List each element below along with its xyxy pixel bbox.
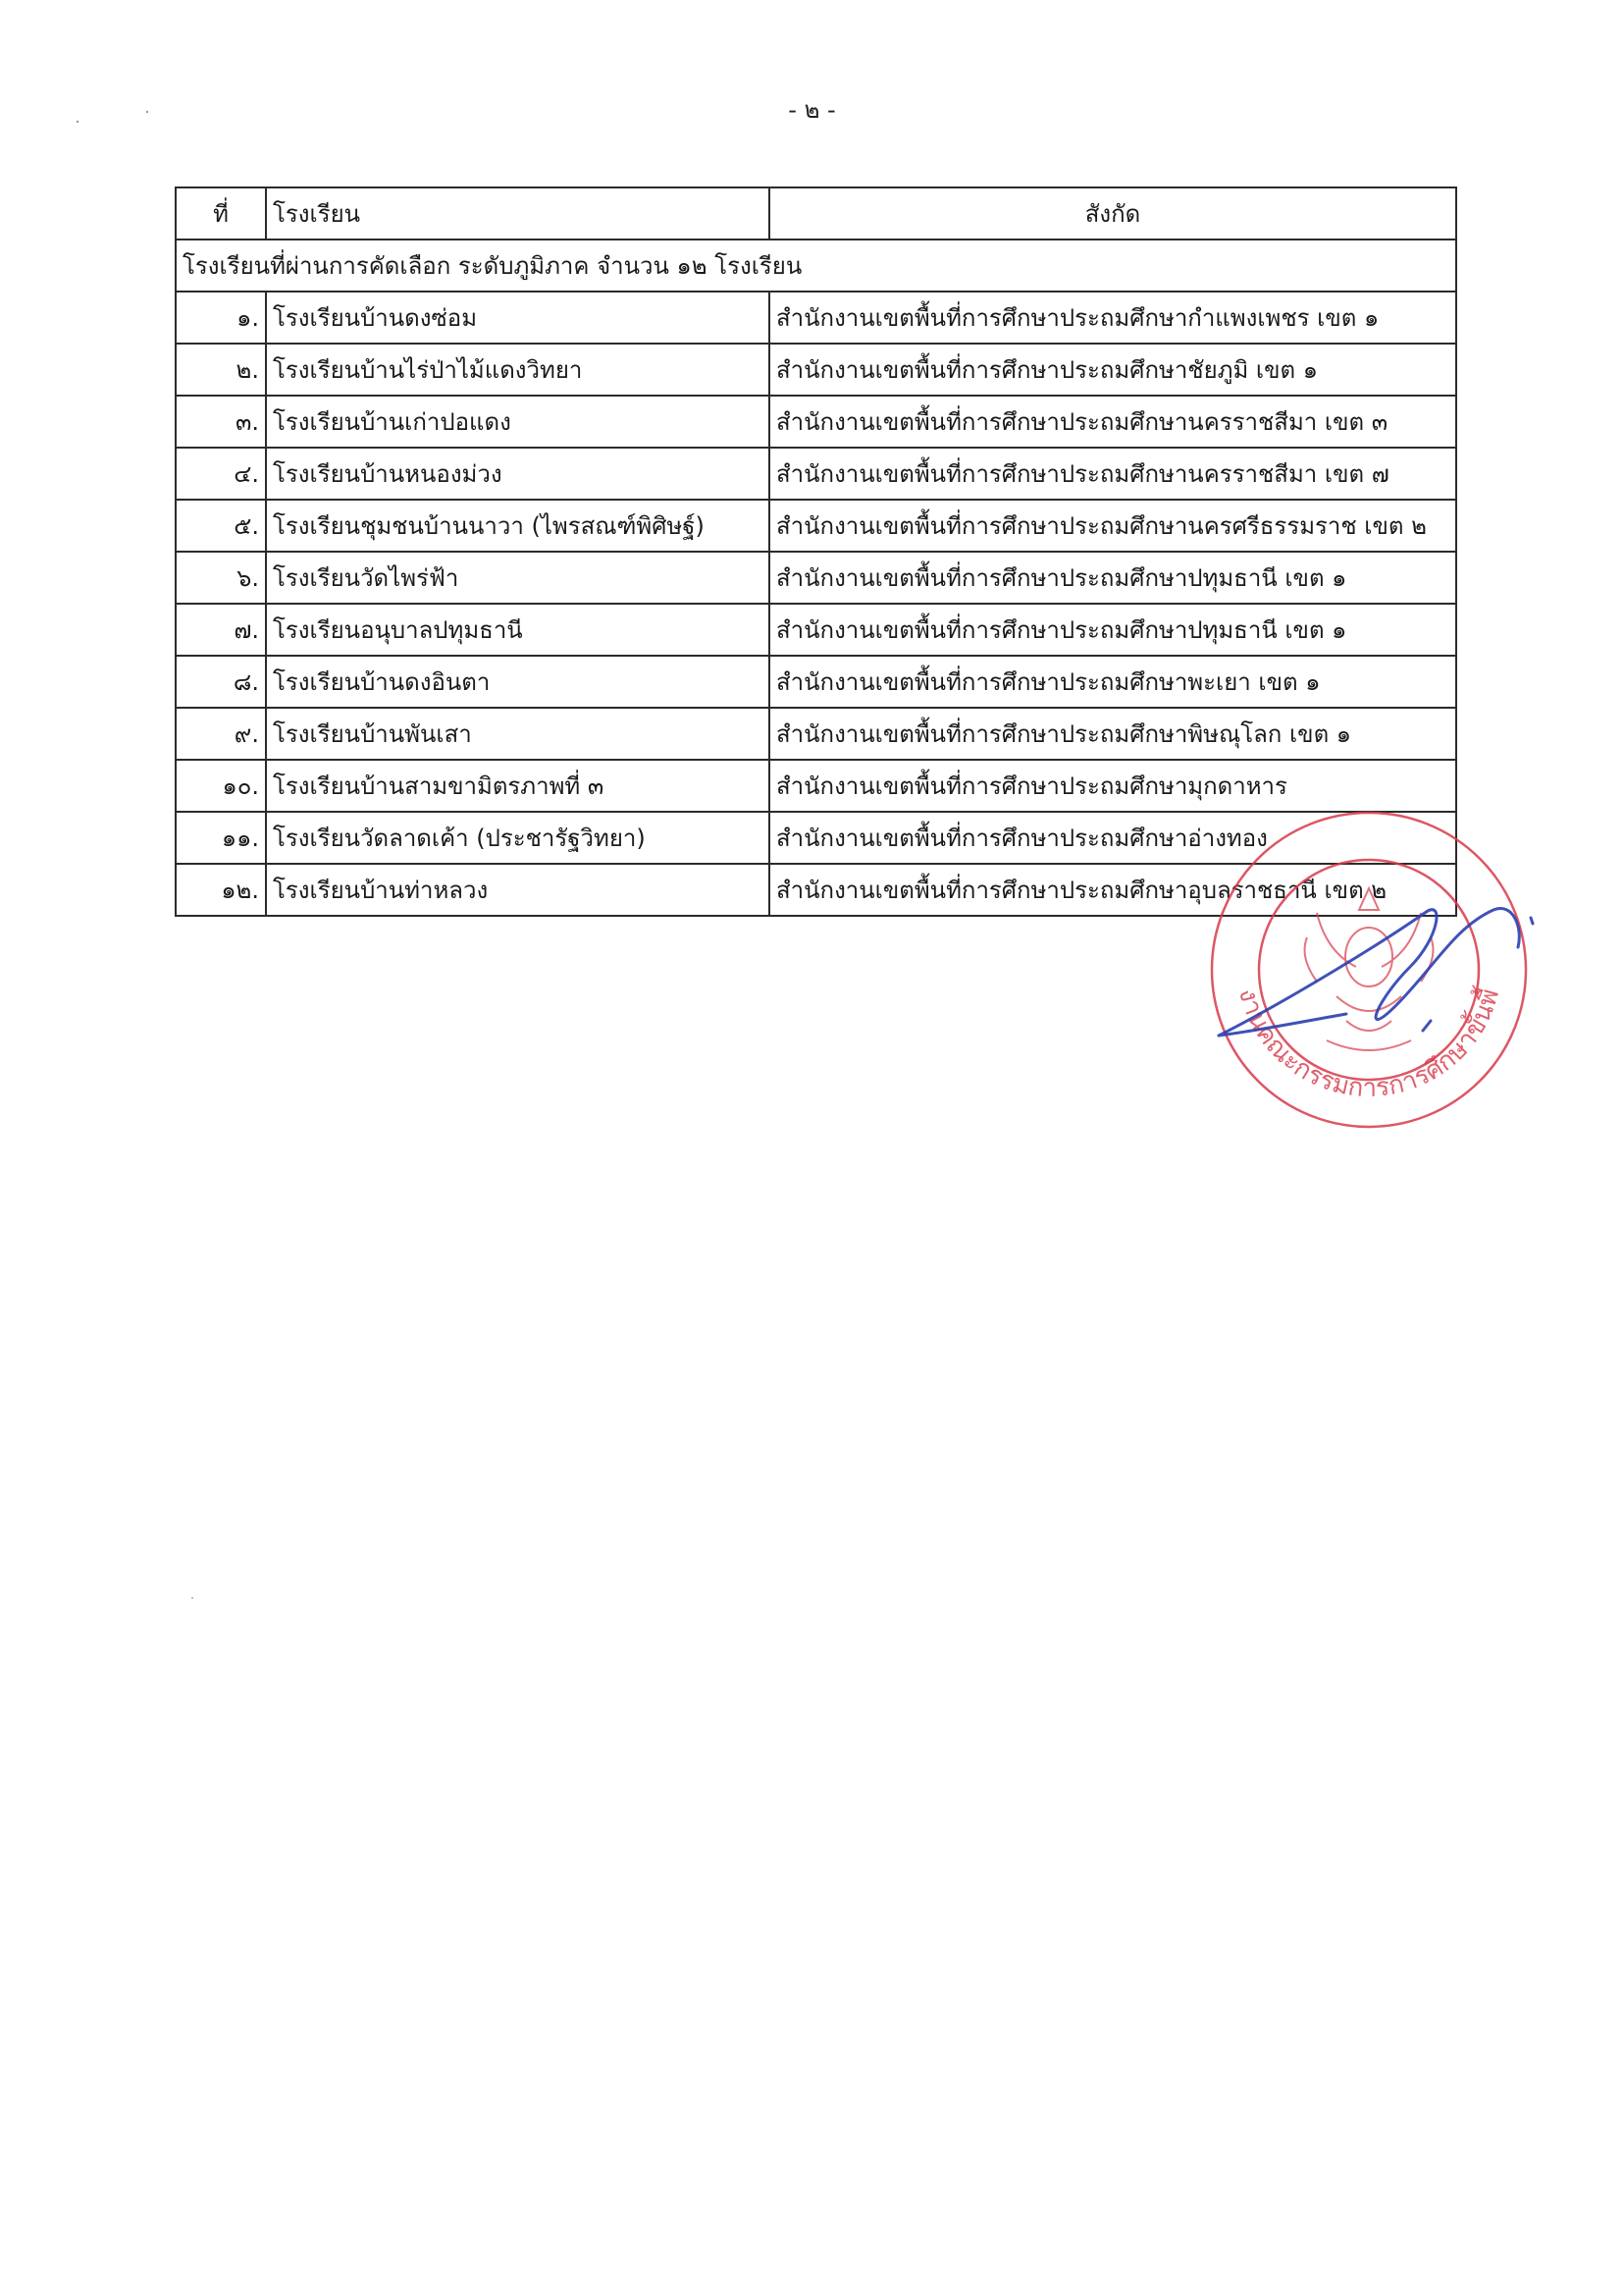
affiliation-office: สำนักงานเขตพื้นที่การศึกษาประถมศึกษาพะเย… — [769, 656, 1456, 708]
row-number: ๔. — [176, 448, 266, 500]
affiliation-office: สำนักงานเขตพื้นที่การศึกษาประถมศึกษาปทุม… — [769, 552, 1456, 604]
affiliation-office: สำนักงานเขตพื้นที่การศึกษาประถมศึกษาอ่าง… — [769, 812, 1456, 864]
header-office: สังกัด — [769, 187, 1456, 239]
school-name: โรงเรียนบ้านดงอินตา — [266, 656, 769, 708]
affiliation-office: สำนักงานเขตพื้นที่การศึกษาประถมศึกษาชัยภ… — [769, 344, 1456, 396]
affiliation-office: สำนักงานเขตพื้นที่การศึกษาประถมศึกษานครร… — [769, 448, 1456, 500]
affiliation-office: สำนักงานเขตพื้นที่การศึกษาประถมศึกษานครร… — [769, 396, 1456, 448]
row-number: ๙. — [176, 708, 266, 760]
row-number: ๒. — [176, 344, 266, 396]
affiliation-office: สำนักงานเขตพื้นที่การศึกษาประถมศึกษาปทุม… — [769, 604, 1456, 656]
school-name: โรงเรียนวัดลาดเค้า (ประชารัฐวิทยา) — [266, 812, 769, 864]
row-number: ๘. — [176, 656, 266, 708]
row-number: ๕. — [176, 500, 266, 552]
signature-icon — [1219, 909, 1533, 1036]
table-row: ๑๐.โรงเรียนบ้านสามขามิตรภาพที่ ๓สำนักงาน… — [176, 760, 1456, 812]
section-row: โรงเรียนที่ผ่านการคัดเลือก ระดับภูมิภาค … — [176, 239, 1456, 292]
row-number: ๑๒. — [176, 864, 266, 916]
school-name: โรงเรียนบ้านท่าหลวง — [266, 864, 769, 916]
header-no: ที่ — [176, 187, 266, 239]
table-row: ๑๑.โรงเรียนวัดลาดเค้า (ประชารัฐวิทยา)สำน… — [176, 812, 1456, 864]
table-header-row: ที่ โรงเรียน สังกัด — [176, 187, 1456, 239]
school-name: โรงเรียนวัดไพร่ฟ้า — [266, 552, 769, 604]
row-number: ๑๐. — [176, 760, 266, 812]
page-number: - ๒ - — [0, 90, 1624, 129]
affiliation-office: สำนักงานเขตพื้นที่การศึกษาประถมศึกษากำแพ… — [769, 292, 1456, 344]
table-row: ๖.โรงเรียนวัดไพร่ฟ้าสำนักงานเขตพื้นที่กา… — [176, 552, 1456, 604]
affiliation-office: สำนักงานเขตพื้นที่การศึกษาประถมศึกษาพิษณ… — [769, 708, 1456, 760]
table-row: ๗.โรงเรียนอนุบาลปทุมธานีสำนักงานเขตพื้นท… — [176, 604, 1456, 656]
school-name: โรงเรียนบ้านสามขามิตรภาพที่ ๓ — [266, 760, 769, 812]
row-number: ๑๑. — [176, 812, 266, 864]
table-row: ๘.โรงเรียนบ้านดงอินตาสำนักงานเขตพื้นที่ก… — [176, 656, 1456, 708]
section-title: โรงเรียนที่ผ่านการคัดเลือก ระดับภูมิภาค … — [176, 239, 1456, 292]
header-school: โรงเรียน — [266, 187, 769, 239]
table-row: ๔.โรงเรียนบ้านหนองม่วงสำนักงานเขตพื้นที่… — [176, 448, 1456, 500]
table-row: ๕.โรงเรียนชุมชนบ้านนาวา (ไพรสณฑ์พิศิษฐ์)… — [176, 500, 1456, 552]
school-name: โรงเรียนบ้านหนองม่วง — [266, 448, 769, 500]
table-row: ๙.โรงเรียนบ้านพันเสาสำนักงานเขตพื้นที่กา… — [176, 708, 1456, 760]
school-name: โรงเรียนบ้านไร่ป่าไม้แดงวิทยา — [266, 344, 769, 396]
school-name: โรงเรียนบ้านพันเสา — [266, 708, 769, 760]
school-name: โรงเรียนชุมชนบ้านนาวา (ไพรสณฑ์พิศิษฐ์) — [266, 500, 769, 552]
row-number: ๖. — [176, 552, 266, 604]
school-list-table: ที่ โรงเรียน สังกัด โรงเรียนที่ผ่านการคั… — [175, 186, 1457, 917]
affiliation-office: สำนักงานเขตพื้นที่การศึกษาประถมศึกษามุกด… — [769, 760, 1456, 812]
school-name: โรงเรียนบ้านเก่าปอแดง — [266, 396, 769, 448]
table-row: ๒.โรงเรียนบ้านไร่ป่าไม้แดงวิทยาสำนักงานเ… — [176, 344, 1456, 396]
table-row: ๓.โรงเรียนบ้านเก่าปอแดงสำนักงานเขตพื้นที… — [176, 396, 1456, 448]
row-number: ๗. — [176, 604, 266, 656]
school-name: โรงเรียนบ้านดงซ่อม — [266, 292, 769, 344]
affiliation-office: สำนักงานเขตพื้นที่การศึกษาประถมศึกษาอุบล… — [769, 864, 1456, 916]
row-number: ๓. — [176, 396, 266, 448]
row-number: ๑. — [176, 292, 266, 344]
affiliation-office: สำนักงานเขตพื้นที่การศึกษาประถมศึกษานครศ… — [769, 500, 1456, 552]
school-name: โรงเรียนอนุบาลปทุมธานี — [266, 604, 769, 656]
table-row: ๑๒.โรงเรียนบ้านท่าหลวงสำนักงานเขตพื้นที่… — [176, 864, 1456, 916]
table-row: ๑.โรงเรียนบ้านดงซ่อมสำนักงานเขตพื้นที่กา… — [176, 292, 1456, 344]
